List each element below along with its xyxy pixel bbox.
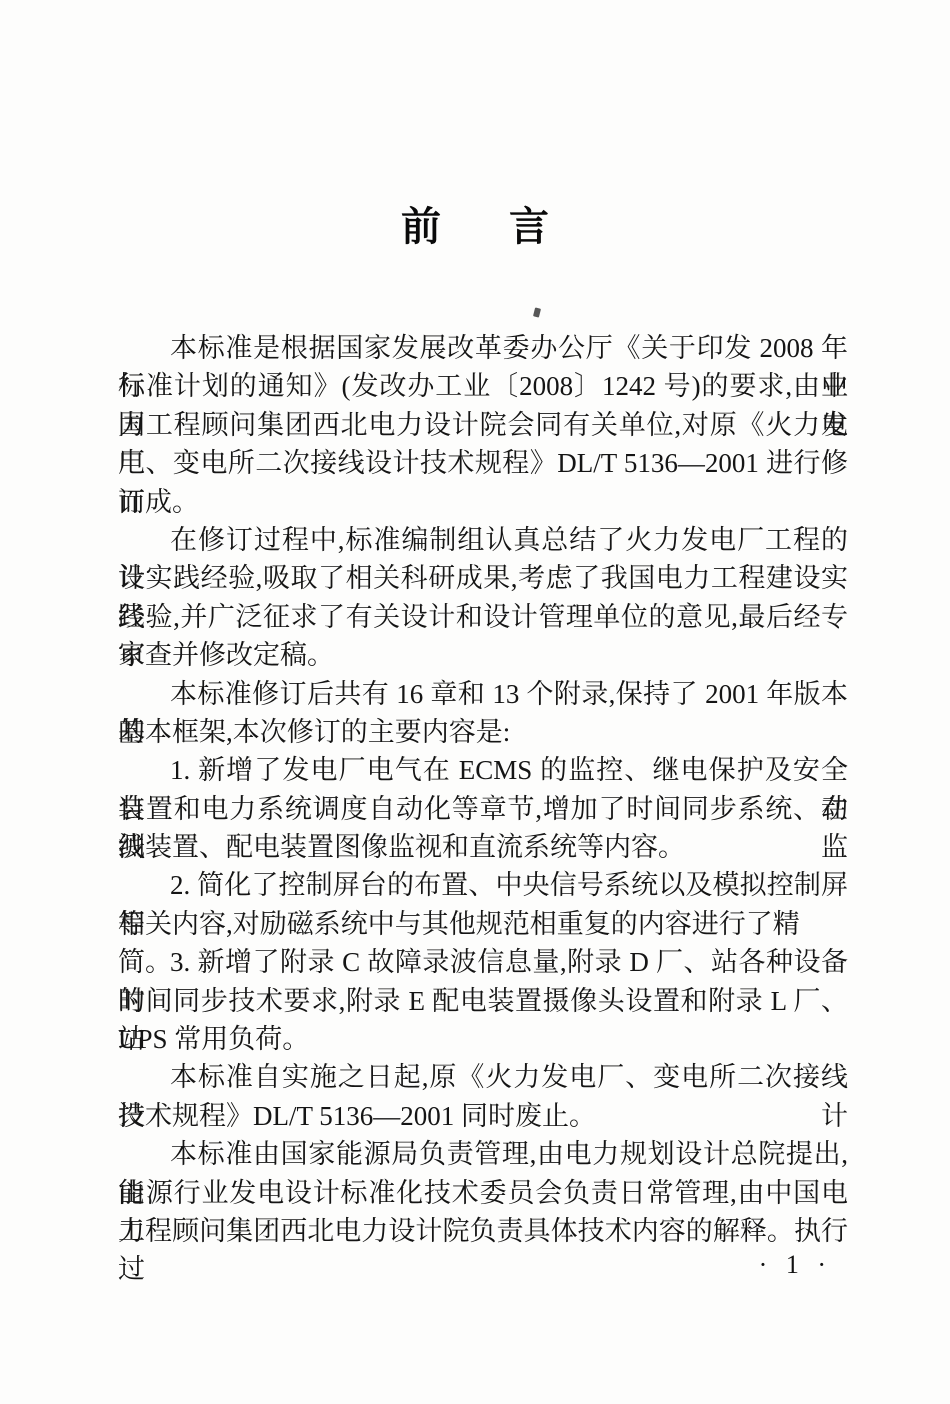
text-line: 装置和电力系统调度自动化等章节,增加了时间同步系统、在线监 — [118, 790, 848, 828]
document-page: 前言 本标准是根据国家发展改革委办公厅《关于印发 2008 年行业标准计划的通知… — [0, 0, 950, 1404]
page-number: · 1 · — [759, 1249, 828, 1281]
page-title: 前言 — [0, 204, 950, 250]
text-line: 能源行业发电设计标准化技术委员会负责日常管理,由中国电力 — [118, 1174, 848, 1212]
text-line: 本标准自实施之日起,原《火力发电厂、变电所二次接线设计 — [118, 1058, 848, 1096]
text-line: 本标准修订后共有 16 章和 13 个附录,保持了 2001 年版本的 — [118, 675, 848, 713]
text-line: 经验,并广泛征求了有关设计和设计管理单位的意见,最后经专家 — [118, 598, 848, 636]
text-line: 计实践经验,吸取了相关科研成果,考虑了我国电力工程建设实践 — [118, 559, 848, 597]
text-line: 标准计划的通知》(发改办工业〔2008〕1242 号)的要求,由中国电 — [118, 367, 848, 405]
text-line: 力工程顾问集团西北电力设计院会同有关单位,对原《火力发电 — [118, 406, 848, 444]
text-line: 在修订过程中,标准编制组认真总结了火力发电厂工程的设 — [118, 521, 848, 559]
text-line: 1. 新增了发电厂电气在 ECMS 的监控、继电保护及安全自动 — [118, 751, 848, 789]
text-line: 而成。 — [118, 483, 848, 521]
text-line: 本标准是根据国家发展改革委办公厅《关于印发 2008 年行业 — [118, 329, 848, 367]
text-line: 相关内容,对励磁系统中与其他规范相重复的内容进行了精简。 — [118, 905, 848, 943]
text-line: 基本框架,本次修订的主要内容是: — [118, 713, 848, 751]
text-line: 工程顾问集团西北电力设计院负责具体技术内容的解释。执行过 — [118, 1212, 848, 1250]
text-line: 审查并修改定稿。 — [118, 636, 848, 674]
text-line: 本标准由国家能源局负责管理,由电力规划设计总院提出,由 — [118, 1135, 848, 1173]
text-line: 2. 简化了控制屏台的布置、中央信号系统以及模拟控制屏等 — [118, 866, 848, 904]
text-line: 厂、变电所二次接线设计技术规程》DL/T 5136—2001 进行修订 — [118, 444, 848, 482]
text-line: UPS 常用负荷。 — [118, 1020, 848, 1058]
scan-speck-artifact — [533, 307, 541, 317]
text-line: 3. 新增了附录 C 故障录波信息量,附录 D 厂、站各种设备的 — [118, 943, 848, 981]
document-body: 本标准是根据国家发展改革委办公厅《关于印发 2008 年行业标准计划的通知》(发… — [118, 329, 848, 1250]
text-line: 时间同步技术要求,附录 E 配电装置摄像头设置和附录 L 厂、站 — [118, 982, 848, 1020]
